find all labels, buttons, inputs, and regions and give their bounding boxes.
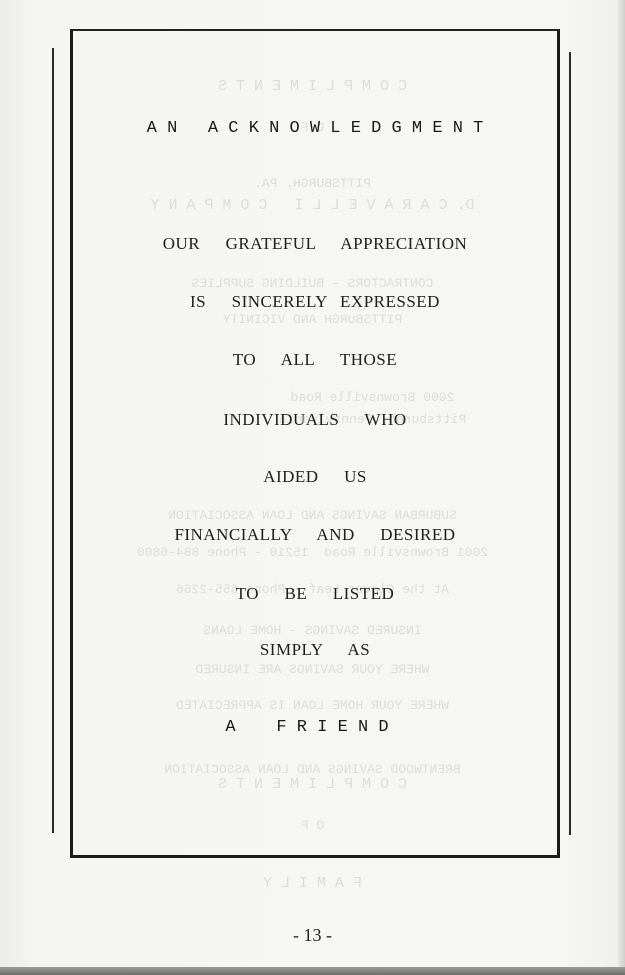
- page-number: - 13 -: [0, 925, 625, 946]
- text-line: SIMPLY AS: [70, 640, 560, 660]
- text-line: IS SINCERELY EXPRESSED: [70, 292, 560, 312]
- text-line: AIDED US: [70, 467, 560, 487]
- page-title: A N A C K N O W L E D G M E N T: [70, 119, 560, 138]
- text-line: TO BE LISTED: [70, 584, 560, 604]
- text-line: INDIVIDUALS WHO: [70, 410, 560, 430]
- text-line: OUR GRATEFUL APPRECIATION: [70, 234, 560, 254]
- outer-rule-right: [569, 52, 571, 835]
- text-line: FINANCIALLY AND DESIRED: [70, 525, 560, 545]
- scanner-bottom-edge: [0, 967, 625, 975]
- closing-line: A F R I E N D: [62, 718, 552, 737]
- text-line: TO ALL THOSE: [70, 350, 560, 370]
- outer-rule-left: [52, 48, 54, 833]
- page-edge-shadow: [618, 0, 625, 968]
